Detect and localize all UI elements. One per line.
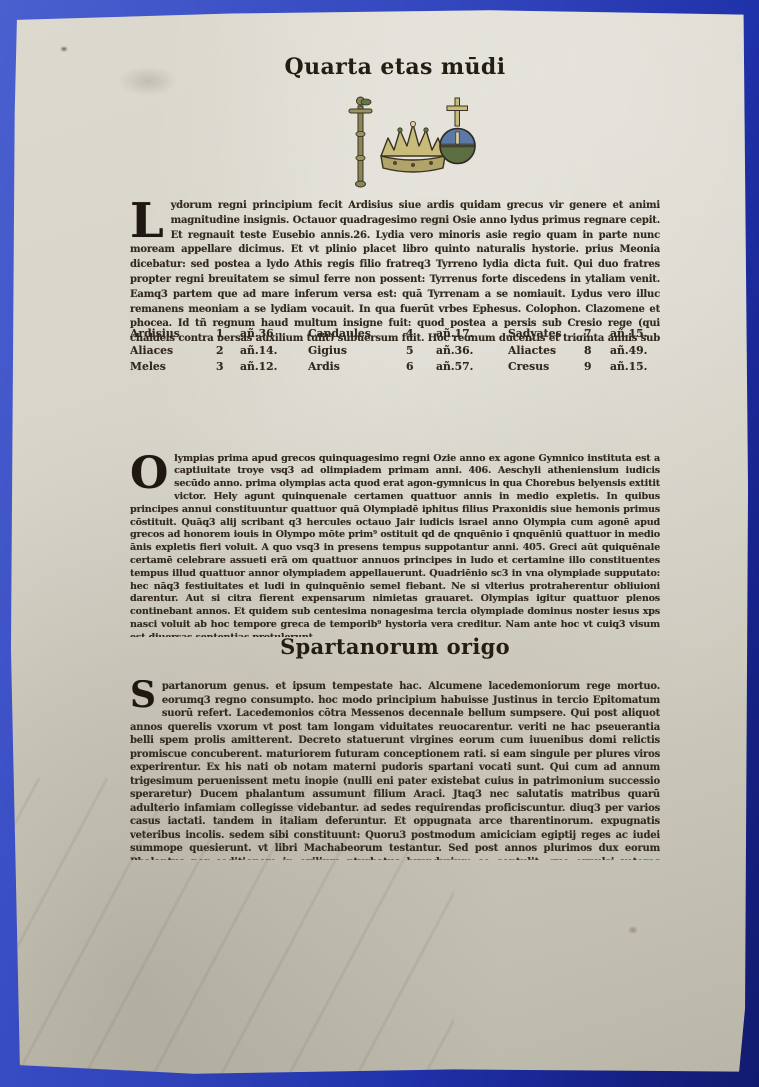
king-number: 2: [216, 344, 240, 361]
king-number: 1: [216, 327, 240, 344]
king-years: añ.15.: [610, 360, 658, 377]
king-number: 6: [406, 360, 436, 377]
king-name: Meles: [130, 360, 216, 377]
paragraph-olympiads-text: lympias prima apud grecos quinquagesimo …: [130, 453, 660, 637]
king-years: añ.36.: [436, 344, 508, 361]
king-name: Aliaces: [130, 344, 216, 361]
king-number: 3: [216, 360, 240, 377]
crown-icon: [381, 121, 445, 172]
regalia-illustration: [322, 92, 482, 190]
scepter-icon: [349, 97, 372, 187]
paragraph-olympiads: Olympias prima apud grecos quinquagesimo…: [130, 453, 660, 637]
king-name: Cresus: [508, 360, 584, 377]
kings-table: Ardisius 1 añ.36 Candaules 4 añ.17. Sady…: [130, 327, 664, 377]
woodcut-crown-regalia: [322, 92, 482, 194]
king-number: 8: [584, 344, 610, 361]
dropcap-initial-S: S: [130, 680, 162, 710]
king-years: añ.49.: [610, 344, 658, 361]
paragraph-spartans-origin: Spartanorum genus. et ipsum tempestate h…: [130, 680, 660, 860]
king-number: 5: [406, 344, 436, 361]
king-name: Ardis: [308, 360, 406, 377]
king-years: añ.14.: [240, 344, 308, 361]
king-number: 7: [584, 327, 610, 344]
king-name: Gigius: [308, 344, 406, 361]
dropcap-initial-O: O: [130, 453, 174, 492]
king-number: 4: [406, 327, 436, 344]
king-name: Candaules: [308, 327, 406, 344]
king-years: añ.15.: [610, 327, 658, 344]
paragraph-spartans-origin-text: partanorum genus. et ipsum tempestate ha…: [130, 681, 660, 860]
king-years: añ.17.: [436, 327, 508, 344]
king-name: Ardisius: [130, 327, 216, 344]
paragraph-lydian-kings-text: ydorum regni principium fecit Ardisius s…: [130, 200, 660, 341]
manuscript-page: Quarta etas mūdi: [8, 6, 751, 1078]
paper-foxing-spot: [60, 46, 68, 52]
page-title: Quarta etas mūdi: [130, 54, 660, 80]
king-years: añ.57.: [436, 360, 508, 377]
king-name: Aliactes: [508, 344, 584, 361]
paragraph-lydian-kings: Lydorum regni principium fecit Ardisius …: [130, 199, 660, 341]
dropcap-initial-L: L: [130, 199, 171, 241]
imperial-orb-icon: [440, 98, 475, 164]
photo-background: Quarta etas mūdi: [0, 0, 759, 1087]
king-number: 9: [584, 360, 610, 377]
king-years: añ.12.: [240, 360, 308, 377]
paper-foxing-spot: [628, 926, 638, 934]
king-years: añ.36: [240, 327, 308, 344]
king-name: Sadyates: [508, 327, 584, 344]
section-heading-spartanorum-origo: Spartanorum origo: [130, 634, 660, 659]
